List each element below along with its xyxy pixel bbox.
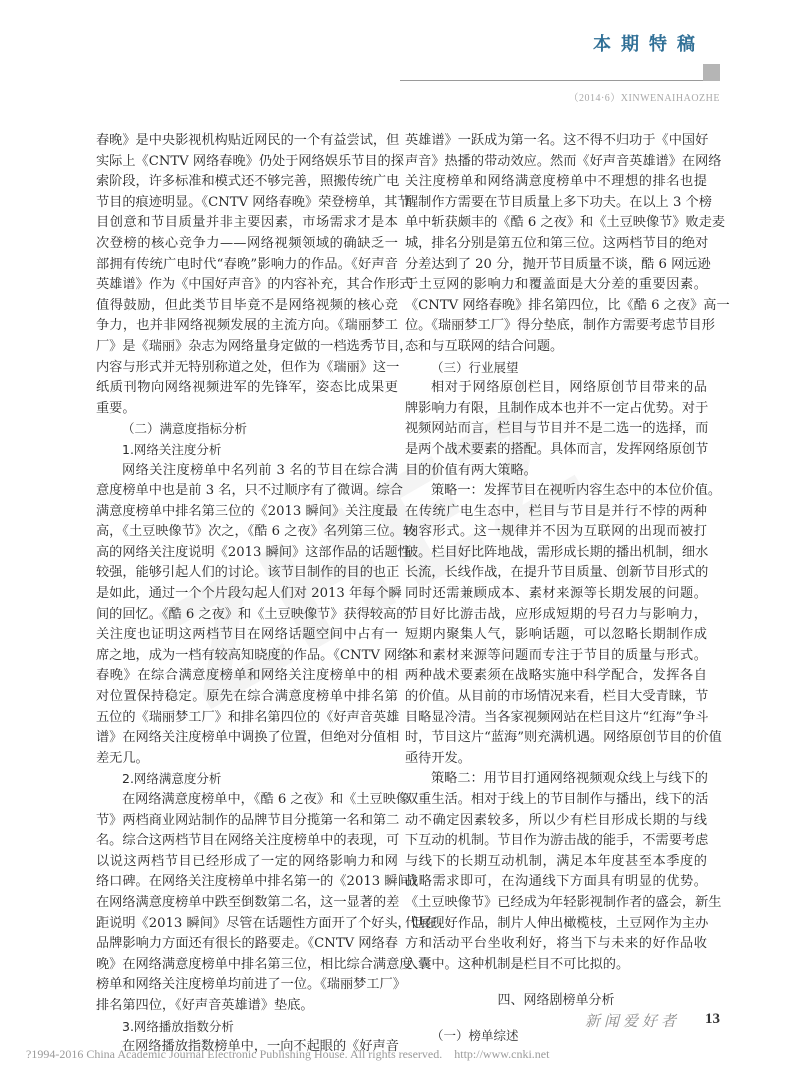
paragraph-start-line: 策略一：发挥节目在视听内容生态中的本位价值。 (405, 481, 707, 502)
subheading: 2.网络满意度分析 (96, 769, 398, 790)
text-line: 榜单和网络关注度榜单均前进了一位。《瑞丽梦工厂》 (96, 975, 398, 996)
text-line: 时，节目这片“蓝海”则充满机遇。网络原创节目的价值 (405, 728, 707, 749)
text-line: 英雄谱》作为《中国好声音》的内容补充，其合作形式 (96, 275, 398, 296)
text-line: 是如此，通过一个个片段勾起人们对 2013 年每个瞬 (96, 584, 398, 605)
text-line: 单中斩获颇丰的《酷 6 之夜》和《土豆映像节》败走麦 (405, 213, 707, 234)
page-number: 13 (705, 1011, 720, 1028)
left-column: 春晚》是中央影视机构贴近网民的一个有益尝试，但实际上《CNTV 网络春晚》仍处于… (96, 131, 398, 1058)
text-line: 晚》在网络满意度榜单中排名第三位，相比综合满意度 (96, 955, 398, 976)
text-line: 长流，长线作战，在提升节目质量、创新节目形式的 (405, 563, 707, 584)
text-line: 值得鼓励，但此类节目毕竟不是网络视频的核心竞 (96, 296, 398, 317)
paragraph-start-line: 策略二：用节目打通网络视频观众线上与线下的 (405, 769, 707, 790)
text-line: 席之地，成为一档有较高知晓度的作品。《CNTV 网络 (96, 646, 398, 667)
text-line: 在传统广电生态中，栏目与节目是并行不悖的两种 (405, 502, 707, 523)
text-line: 牌影响力有限，且制作成本也并不一定占优势。对于 (405, 399, 707, 420)
text-line: 春晚》是中央影视机构贴近网民的一个有益尝试，但 (96, 131, 398, 152)
text-line: 关注度榜单和网络满意度榜单中不理想的排名也提 (405, 172, 707, 193)
text-line: 内容形式。这一规律并不因为互联网的出现而被打 (405, 522, 707, 543)
text-line: 视频网站而言，栏目与节目并不是二选一的选择，而 (405, 419, 707, 440)
paragraph-end-line: 目的价值有两大策略。 (405, 461, 707, 482)
paragraph-end-line: 重要。 (96, 399, 398, 420)
text-line: 破。栏目好比阵地战，需形成长期的播出机制，细水 (405, 543, 707, 564)
issue-line: （2014·6）XINWENAIHAOZHE (568, 89, 720, 104)
text-line: 五位的《瑞丽梦工厂》和排名第四位的《好声音英雄 (96, 708, 398, 729)
text-line: 节目好比游击战，应形成短期的号召力与影响力， (405, 605, 707, 626)
text-line: 两种战术要素须在战略实施中科学配合，发挥各自 (405, 666, 707, 687)
text-line: 满意度榜单中排名第三位的《2013 瞬间》关注度最 (96, 502, 398, 523)
text-line: 索阶段，许多标准和模式还不够完善，照搬传统广电 (96, 172, 398, 193)
text-line: 分差达到了 20 分，抛开节目质量不谈，酷 6 网远逊 (405, 255, 707, 276)
text-line: 春晚》在综合满意度榜单和网络关注度榜单中的相 (96, 666, 398, 687)
text-line: 战略需求即可，在沟通线下方面具有明显的优势。 (405, 872, 707, 893)
text-line: 较强，能够引起人们的讨论。该节目制作的目的也正 (96, 563, 398, 584)
copyright-notice: ?1994-2016 China Academic Journal Electr… (26, 1047, 549, 1062)
magazine-name: 新闻爱好者 (585, 1010, 680, 1031)
text-line: 厂》是《瑞丽》杂志为网络量身定做的一档选秀节目， (96, 337, 398, 358)
text-line: 实际上《CNTV 网络春晚》仍处于网络娱乐节目的探 (96, 152, 398, 173)
text-line: 距说明《2013 瞬间》尽管在话题性方面开了个好头，但在 (96, 914, 398, 935)
subheading: 3.网络播放指数分析 (96, 1017, 398, 1038)
subheading: 1.网络关注度分析 (96, 440, 398, 461)
page-header: 本期特稿 （2014·6）XINWENAIHAOZHE (0, 0, 793, 110)
text-line: 关注度也证明这两档节目在网络话题空间中占有一 (96, 625, 398, 646)
paragraph-end-line: 排名第四位，《好声音英雄谱》垫底。 (96, 996, 398, 1017)
text-line: 谱》在网络关注度榜单中调换了位置，但绝对分值相 (96, 728, 398, 749)
text-line: 次登榜的核心竞争力——网络视频领域的确缺乏一 (96, 234, 398, 255)
text-line: 以说这两档节目已经形成了一定的网络影响力和网 (96, 852, 398, 873)
text-line: 声音》热播的带动效应。然而《好声音英雄谱》在网络 (405, 152, 707, 173)
text-line: 节》两档商业网站制作的品牌节目分揽第一名和第二 (96, 811, 398, 832)
subheading: （二）满意度指标分析 (96, 419, 398, 440)
text-line: 络口碑。在网络关注度榜单中排名第一的《2013 瞬间》 (96, 872, 398, 893)
paragraph-end-line: 亟待开发。 (405, 749, 707, 770)
text-line: 高的网络关注度说明《2013 瞬间》这部作品的话题性 (96, 543, 398, 564)
text-line: 英雄谱》一跃成为第一名。这不得不归功于《中国好 (405, 131, 707, 152)
paragraph-start-line: 相对于网络原创栏目，网络原创节目带来的品 (405, 378, 707, 399)
text-line: 目略显冷清。当各家视频网站在栏目这片“红海”争斗 (405, 708, 707, 729)
text-line: 本和素材来源等问题而专注于节目的质量与形式。 (405, 646, 707, 667)
text-line: 纸质刊物向网络视频进军的先锋军，姿态比成果更 (96, 378, 398, 399)
text-line: 位。《瑞丽梦工厂》得分垫底，制作方需要考虑节目形 (405, 316, 707, 337)
text-line: 代展现好作品，制片人伸出橄榄枝，土豆网作为主办 (405, 914, 707, 935)
text-line: 部拥有传统广电时代“春晚”影响力的作品。《好声音 (96, 255, 398, 276)
subheading: （三）行业展望 (405, 358, 707, 379)
text-line: 的价值。从目前的市场情况来看，栏目大受青睐，节 (405, 687, 707, 708)
section-title: 本期特稿 (593, 30, 705, 56)
text-line: 高，《土豆映像节》次之，《酷 6 之夜》名列第三位。较 (96, 522, 398, 543)
text-line: 《土豆映像节》已经成为年轻影视制作者的盛会，新生 (405, 893, 707, 914)
right-column: 英雄谱》一跃成为第一名。这不得不归功于《中国好声音》热播的带动效应。然而《好声音… (405, 131, 707, 1047)
text-line: 内容与形式并无特别称道之处，但作为《瑞丽》这一 (96, 358, 398, 379)
text-line: 下互动的机制。节目作为游击战的能手，不需要考虑 (405, 831, 707, 852)
text-line: 动不确定因素较多，所以少有栏目形成长期的与线 (405, 811, 707, 832)
text-line: 间的回忆。《酷 6 之夜》和《土豆映像节》获得较高的 (96, 605, 398, 626)
text-line: 与线下的长期互动机制，满足本年度甚至本季度的 (405, 852, 707, 873)
text-line: 在网络满意度榜单中跌至倒数第二名，这一显著的差 (96, 893, 398, 914)
paragraph-end-line: 入囊中。这种机制是栏目不可比拟的。 (405, 955, 707, 976)
paragraph-end-line: 态和与互联网的结合问题。 (405, 337, 707, 358)
header-gray-block (703, 64, 720, 81)
text-line: 对位置保持稳定。原先在综合满意度榜单中排名第 (96, 687, 398, 708)
text-line: 名。综合这两档节目在网络关注度榜单中的表现，可 (96, 831, 398, 852)
text-line: 意度榜单中也是前 3 名，只不过顺序有了微调。综合 (96, 481, 398, 502)
text-line: 《CNTV 网络春晚》排名第四位，比《酷 6 之夜》高一 (405, 296, 707, 317)
text-line: 双重生活。相对于线上的节目制作与播出，线下的活 (405, 790, 707, 811)
paragraph-start-line: 在网络满意度榜单中，《酷 6 之夜》和《土豆映像 (96, 790, 398, 811)
text-line: 醒制作方需要在节目质量上多下功夫。在以上 3 个榜 (405, 193, 707, 214)
text-line: 争力，也并非网络视频发展的主流方向。《瑞丽梦工 (96, 316, 398, 337)
header-divider (400, 80, 703, 81)
section-heading: 四、网络剧榜单分析 (405, 991, 707, 1012)
paragraph-start-line: 网络关注度榜单中名列前 3 名的节目在综合满 (96, 461, 398, 482)
text-line: 方和活动平台坐收利好，将当下与未来的好作品收 (405, 934, 707, 955)
paragraph-end-line: 差无几。 (96, 749, 398, 770)
text-line: 城，排名分别是第五位和第三位。这两档节目的绝对 (405, 234, 707, 255)
text-line: 品牌影响力方面还有很长的路要走。《CNTV 网络春 (96, 934, 398, 955)
text-line: 是两个战术要素的搭配。具体而言，发挥网络原创节 (405, 440, 707, 461)
text-line: 于土豆网的影响力和覆盖面是大分差的重要因素。 (405, 275, 707, 296)
text-line: 同时还需兼顾成本、素材来源等长期发展的问题。 (405, 584, 707, 605)
text-line: 节目的痕迹明显。《CNTV 网络春晚》荣登榜单，其节 (96, 193, 398, 214)
text-line: 短期内聚集人气，影响话题，可以忽略长期制作成 (405, 625, 707, 646)
text-line: 目创意和节目质量并非主要因素，市场需求才是本 (96, 213, 398, 234)
